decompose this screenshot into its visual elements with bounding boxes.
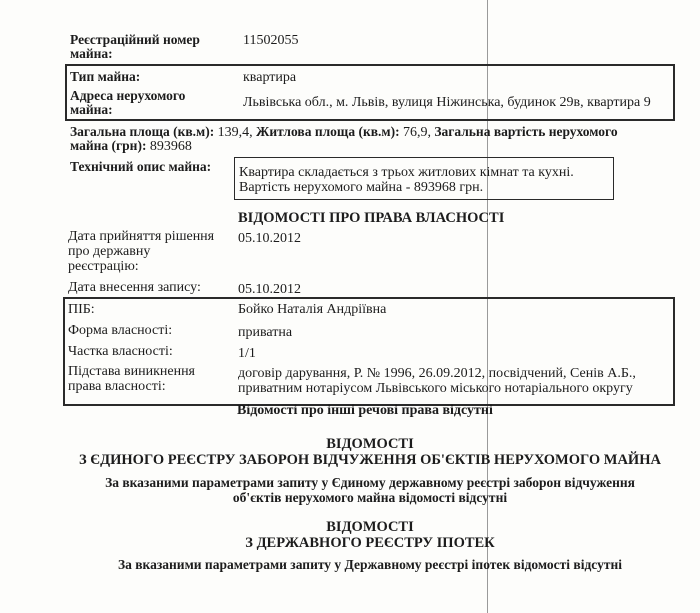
total-value-label: Загальна вартість нерухомого	[434, 124, 617, 139]
basis-label-line1: Підстава виникнення	[68, 364, 195, 379]
prohibitions-text: За вказаними параметрами запиту у Єдином…	[60, 475, 680, 505]
tech-desc-line1: Квартира складається з трьох житлових кі…	[239, 165, 574, 180]
property-type-label: Тип майна:	[70, 70, 140, 84]
reg-number-label: Реєстраційний номер майна:	[70, 33, 200, 61]
basis-label-line2: права власності:	[68, 379, 195, 394]
mortgages-title-line1: ВІДОМОСТІ	[60, 519, 680, 535]
basis-label: Підстава виникнення права власності:	[68, 364, 195, 394]
living-area-value: 76,9,	[403, 125, 431, 140]
ownership-form-label: Форма власності:	[68, 323, 172, 338]
ownership-form-value: приватна	[238, 325, 292, 340]
living-area-label: Житлова площа (кв.м):	[256, 124, 400, 139]
area-value-line: Загальна площа (кв.м): 139,4, Житлова пл…	[70, 125, 618, 140]
prohibitions-text-line2: об'єктів нерухомого майна відомості відс…	[60, 490, 680, 505]
address-label: Адреса нерухомого майна:	[70, 89, 185, 117]
entry-date-label: Дата внесення запису:	[68, 280, 201, 295]
prohibitions-title-line1: ВІДОМОСТІ	[60, 436, 680, 452]
area-value-line2: майна (грн): 893968	[70, 139, 192, 154]
total-area-value: 139,4,	[218, 125, 253, 140]
basis-value: договір дарування, Р. № 1996, 26.09.2012…	[238, 366, 636, 396]
decision-date-label: Дата прийняття рішення про державну реєс…	[68, 229, 214, 274]
prohibitions-text-line1: За вказаними параметрами запиту у Єдином…	[60, 475, 680, 490]
entry-date-value: 05.10.2012	[238, 282, 301, 297]
owner-value: Бойко Наталія Андріївна	[238, 302, 386, 317]
decision-date-label-line2: про державну	[68, 244, 214, 259]
decision-date-label-line1: Дата прийняття рішення	[68, 229, 214, 244]
reg-number-label-line1: Реєстраційний номер	[70, 33, 200, 47]
tech-desc-label: Технічний опис майна:	[70, 160, 211, 174]
decision-date-value: 05.10.2012	[238, 231, 301, 246]
tech-desc-text: Квартира складається з трьох житлових кі…	[239, 165, 574, 195]
mortgages-text: За вказаними параметрами запиту у Держав…	[60, 557, 680, 572]
total-value: 893968	[150, 139, 192, 154]
address-label-line2: майна:	[70, 103, 185, 117]
tech-desc-line2: Вартість нерухомого майна - 893968 грн.	[239, 180, 574, 195]
other-rights-note: Відомості про інші речові права відсутні	[237, 404, 493, 418]
mortgages-title-line2: З ДЕРЖАВНОГО РЕЄСТРУ ІПОТЕК	[60, 535, 680, 551]
mortgages-title: ВІДОМОСТІ З ДЕРЖАВНОГО РЕЄСТРУ ІПОТЕК	[60, 519, 680, 551]
decision-date-label-line3: реєстрацію:	[68, 259, 214, 274]
reg-number-value: 11502055	[243, 33, 298, 48]
property-type-value: квартира	[243, 70, 296, 85]
address-value: Львівська обл., м. Львів, вулиця Ніжинсь…	[243, 95, 651, 110]
reg-number-label-line2: майна:	[70, 47, 200, 61]
ownership-share-value: 1/1	[238, 346, 256, 361]
ownership-share-label: Частка власності:	[68, 344, 173, 359]
total-area-label: Загальна площа (кв.м):	[70, 124, 214, 139]
prohibitions-title: ВІДОМОСТІ З ЄДИНОГО РЕЄСТРУ ЗАБОРОН ВІДЧ…	[60, 436, 680, 468]
total-value-label-cont: майна (грн):	[70, 138, 146, 153]
address-label-line1: Адреса нерухомого	[70, 89, 185, 103]
basis-line2: приватним нотаріусом Львівського міськог…	[238, 381, 636, 396]
ownership-heading: ВІДОМОСТІ ПРО ПРАВА ВЛАСНОСТІ	[238, 210, 504, 227]
owner-label: ПІБ:	[68, 302, 95, 317]
basis-line1: договір дарування, Р. № 1996, 26.09.2012…	[238, 366, 636, 381]
prohibitions-title-line2: З ЄДИНОГО РЕЄСТРУ ЗАБОРОН ВІДЧУЖЕННЯ ОБ'…	[60, 452, 680, 468]
